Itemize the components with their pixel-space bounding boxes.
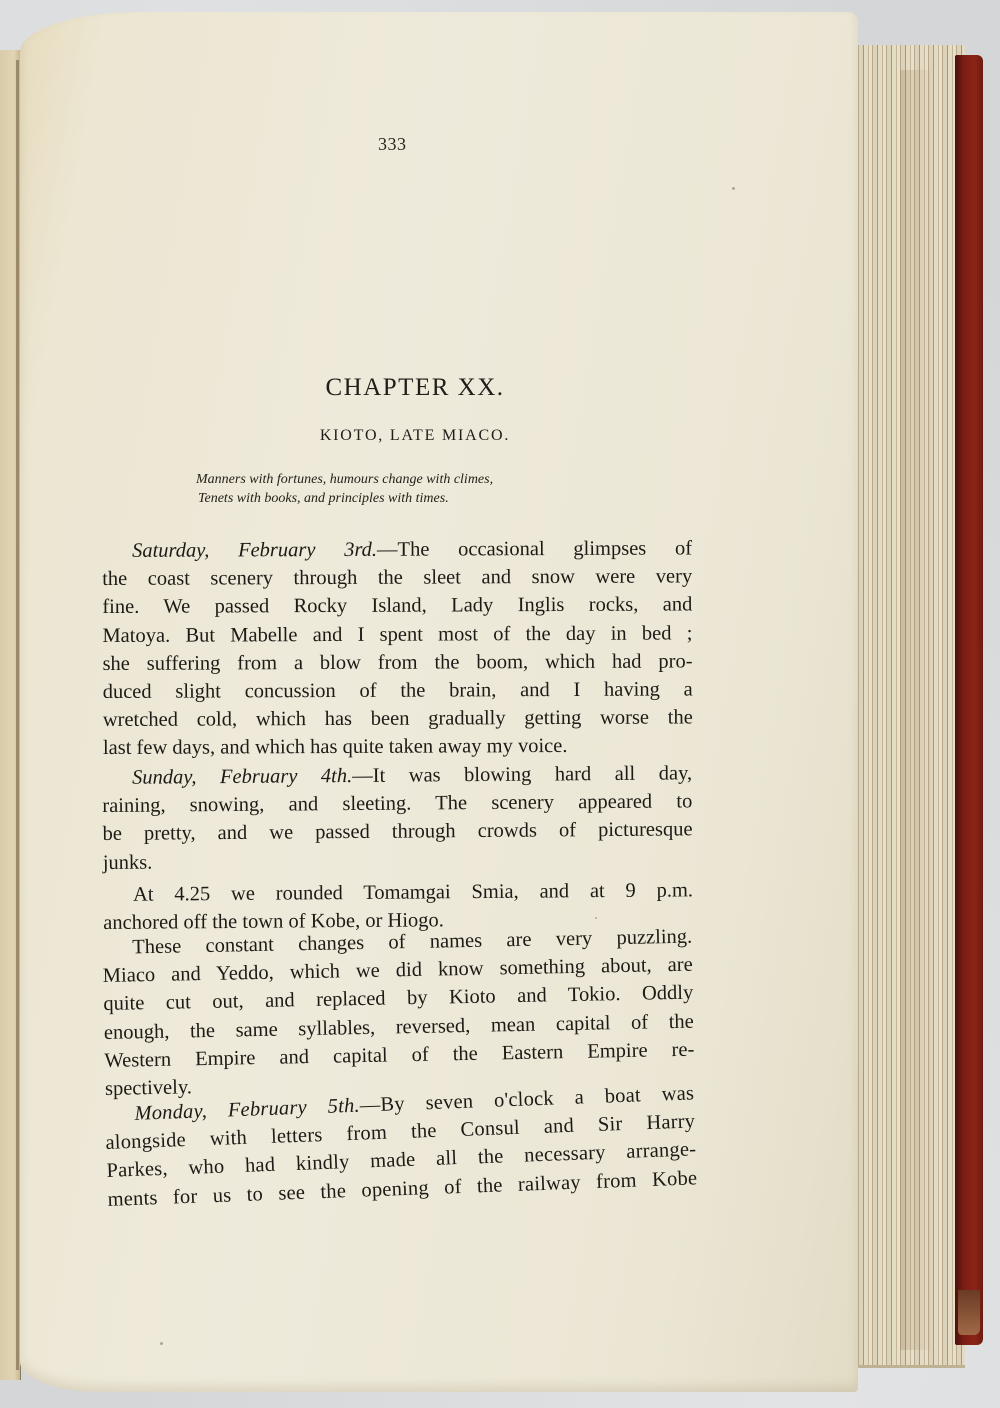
text-line: be pretty, and we passed through crowds … (102, 816, 692, 849)
chapter-subtitle: KIOTO, LATE MIACO. (20, 427, 810, 445)
body-text-block: Saturday, February 3rd.—The occasional g… (102, 534, 693, 762)
paragraph-saturday: Saturday, February 3rd.—The occasional g… (102, 534, 693, 762)
paper-speck (732, 187, 735, 190)
entry-date: Saturday, February 3rd. (132, 539, 377, 562)
page-number: 333 (378, 134, 407, 155)
text-line: junks. (103, 844, 693, 877)
body-text-block: Monday, February 5th.—By seven o'clock a… (104, 1079, 698, 1213)
text-line: fine. We passed Rocky Island, Lady Ingli… (102, 591, 692, 622)
paper-speck (160, 1342, 163, 1345)
book-cover-red (955, 55, 983, 1345)
text-span: —The occasional glimpses of (377, 537, 692, 560)
body-text-block: These constant changes of names are very… (102, 923, 695, 1104)
text-line: the coast scenery through the sleet and … (102, 563, 692, 594)
text-line: Matoya. But Mabelle and I spent most of … (102, 619, 692, 650)
chapter-title: CHAPTER XX. (20, 374, 810, 402)
cover-corner-wear (958, 1290, 980, 1335)
fore-edge-shadow (900, 70, 930, 1350)
text-line: last few days, and which has quite taken… (103, 732, 693, 763)
text-line: Saturday, February 3rd.—The occasional g… (102, 534, 692, 565)
text-span: —It was blowing hard all day, (352, 762, 692, 787)
book-gutter (16, 60, 19, 1370)
paragraph-sunday: Sunday, February 4th.—It was blowing har… (102, 759, 693, 876)
body-text-block: Sunday, February 4th.—It was blowing har… (102, 759, 693, 937)
text-line: duced slight concussion of the brain, an… (103, 675, 693, 706)
text-line: At 4.25 we rounded Tomamgai Smia, and at… (103, 876, 693, 909)
paragraph-monday: Monday, February 5th.—By seven o'clock a… (104, 1079, 698, 1213)
epigraph-line: Tenets with books, and principles with t… (196, 489, 616, 508)
paragraph-name-changes: These constant changes of names are very… (102, 923, 695, 1104)
epigraph: Manners with fortunes, humours change wi… (196, 470, 616, 508)
entry-date: Sunday, February 4th. (132, 765, 352, 789)
text-line: she suffering from a blow from the boom,… (102, 647, 692, 678)
epigraph-line: Manners with fortunes, humours change wi… (196, 470, 616, 489)
text-line: wretched cold, which has been gradually … (103, 704, 693, 735)
